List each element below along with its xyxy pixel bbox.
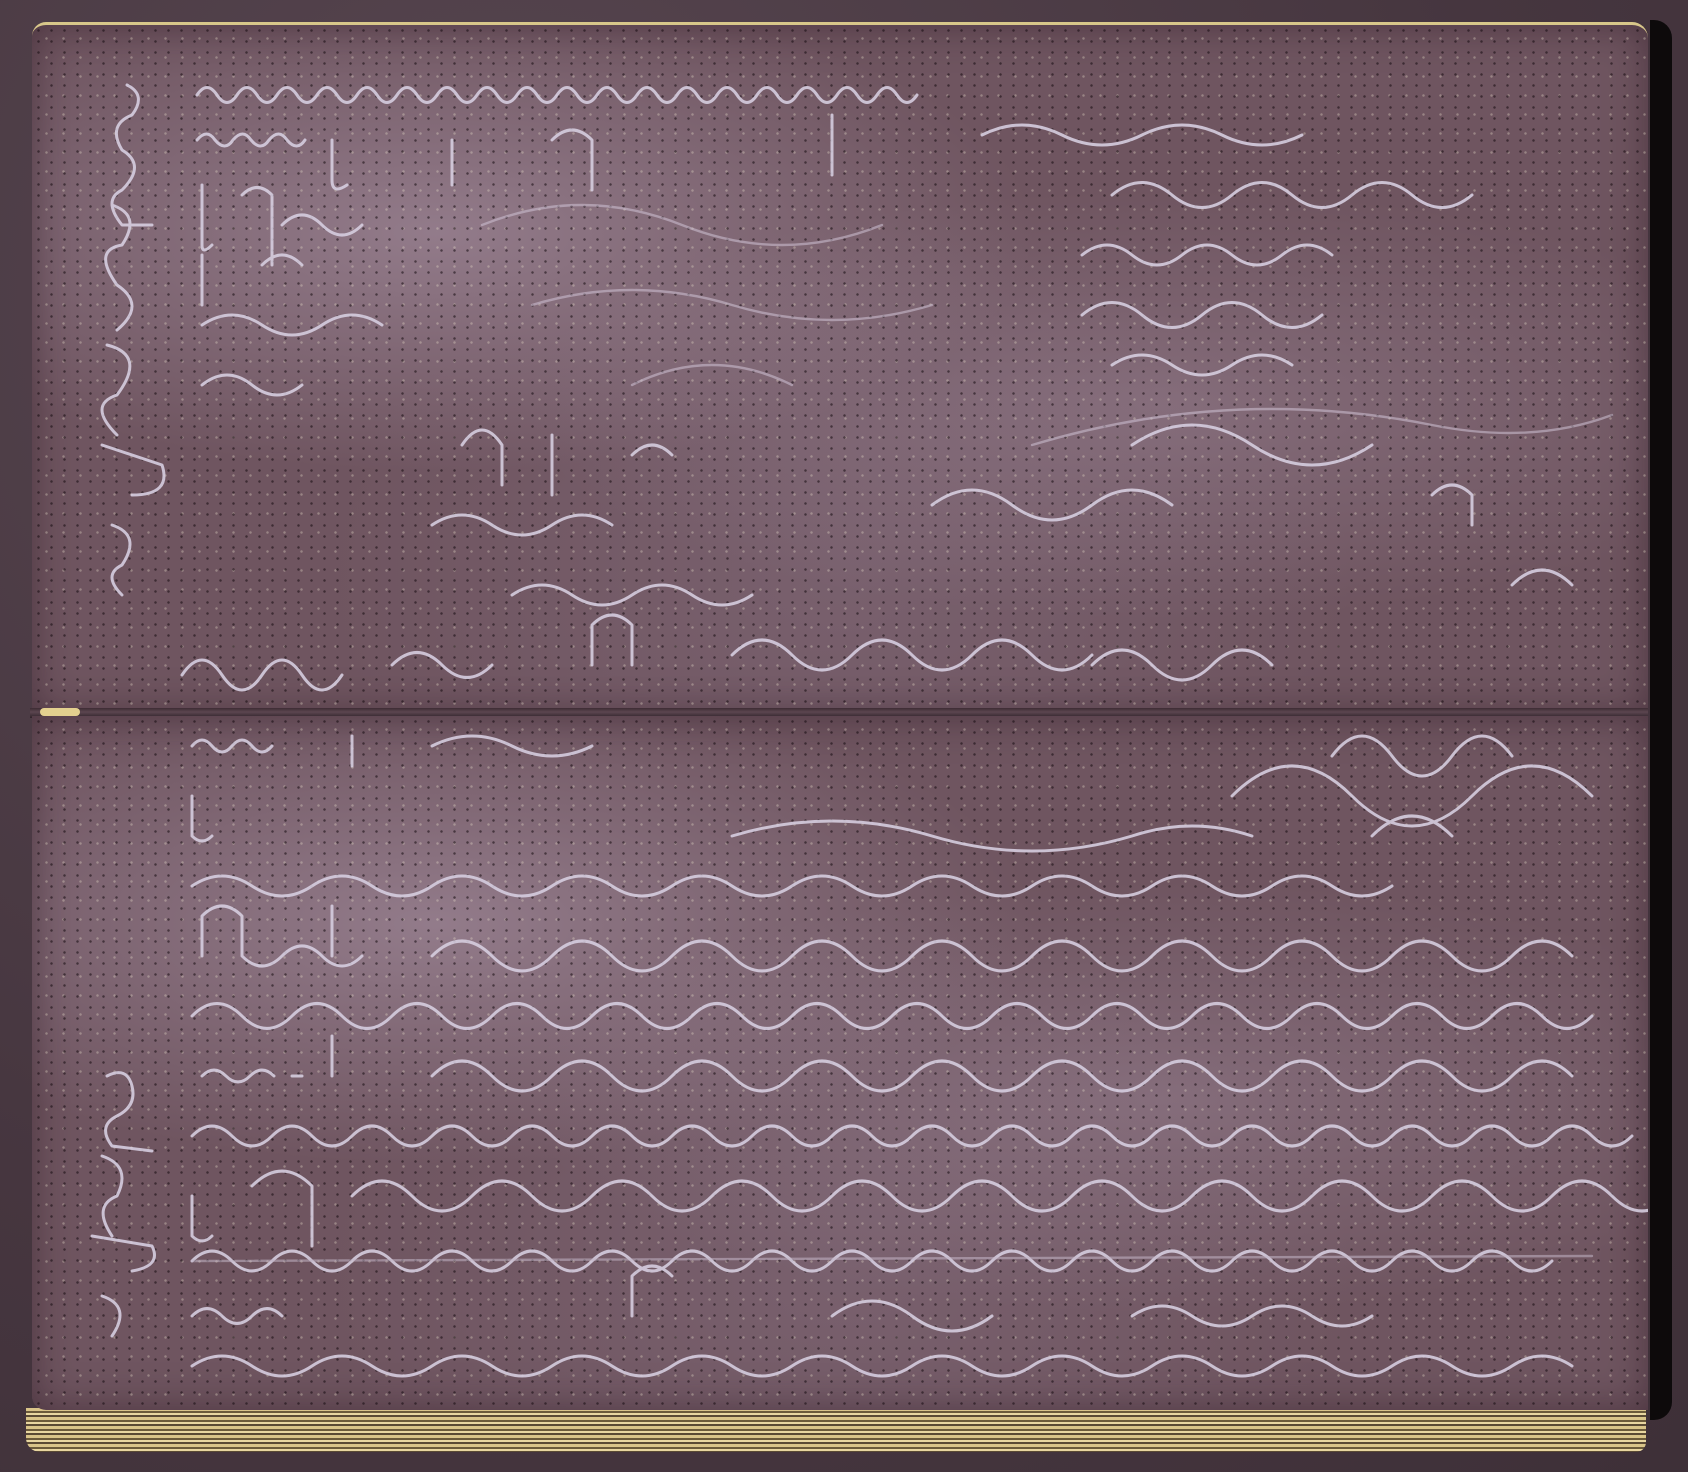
book-shadow <box>1650 20 1672 1420</box>
gilt-page-edges <box>26 1408 1646 1452</box>
manuscript-upper-panel <box>32 22 1648 715</box>
fold-tear-mark <box>40 708 80 716</box>
upper-panel-script <box>32 25 1648 715</box>
lower-panel-script <box>32 716 1648 1410</box>
manuscript-lower-panel <box>32 716 1648 1410</box>
